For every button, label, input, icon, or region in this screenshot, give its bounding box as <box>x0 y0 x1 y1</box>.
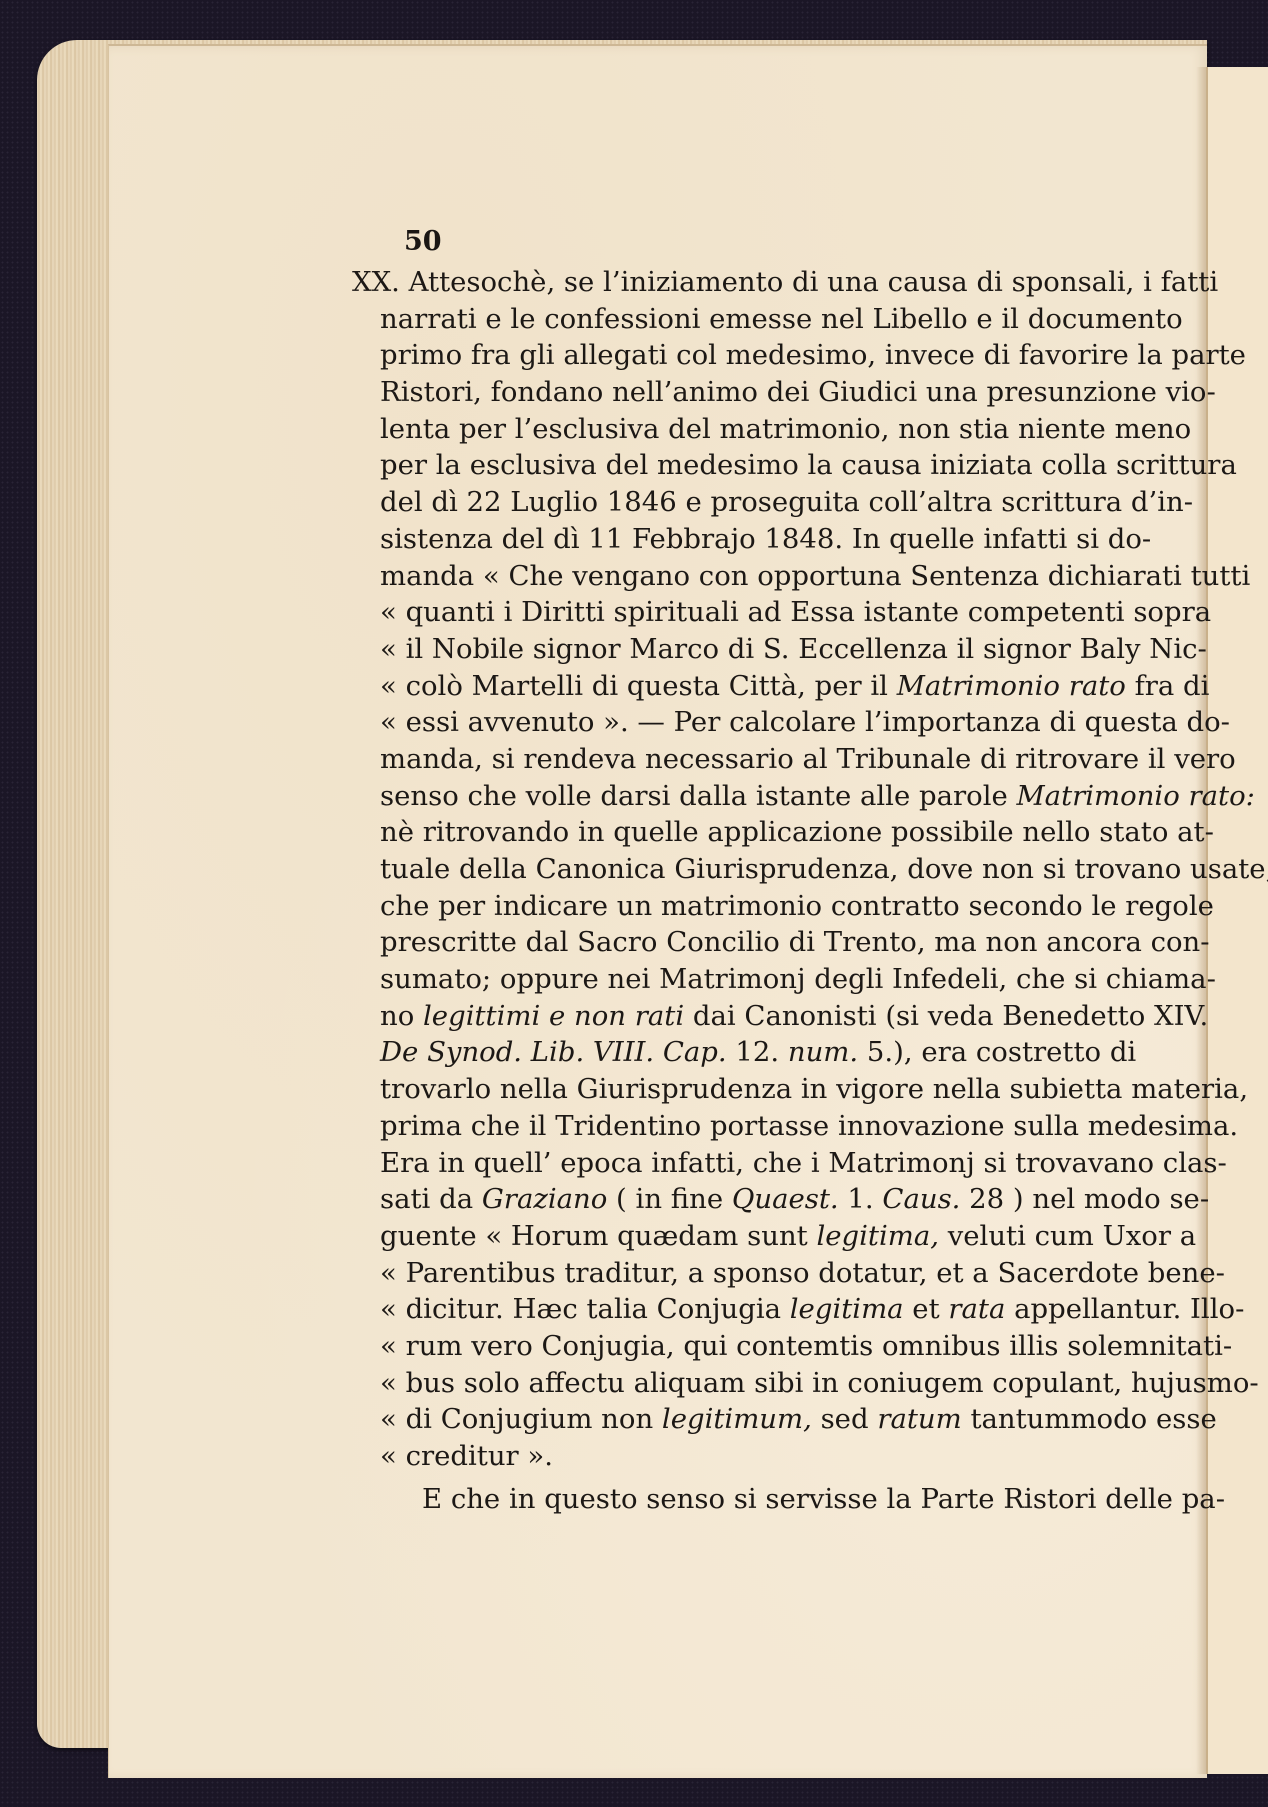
text-line: « rum vero Conjugia, qui contemtis omnib… <box>352 1328 1110 1365</box>
italic-text: legitima, <box>816 1220 939 1252</box>
text-segment: prescritte dal Sacro Concilio di Trento,… <box>380 926 1210 958</box>
text-segment: « colò Martelli di questa Città, per il <box>380 670 897 702</box>
text-line: De Synod. Lib. VIII. Cap. 12. num. 5.), … <box>352 1034 1110 1071</box>
italic-text: De Synod. Lib. VIII. Cap. <box>380 1036 727 1068</box>
text-segment: manda « Che vengano con opportuna Senten… <box>380 560 1250 592</box>
text-segment: « Parentibus traditur, a sponso dotatur,… <box>380 1257 1225 1289</box>
text-line: del dì 22 Luglio 1846 e proseguita coll’… <box>352 484 1110 521</box>
text-segment: 1. <box>839 1183 883 1215</box>
text-line: narrati e le confessioni emesse nel Libe… <box>352 301 1110 338</box>
page-number: 50 <box>404 226 442 257</box>
text-segment: « essi avvenuto ». — Per calcolare l’imp… <box>380 706 1230 738</box>
text-line: per la esclusiva del medesimo la causa i… <box>352 447 1110 484</box>
text-line: « di Conjugium non legitimum, sed ratum … <box>352 1401 1110 1438</box>
text-line: E che in questo senso si servisse la Par… <box>352 1481 1110 1518</box>
text-line: che per indicare un matrimonio contratto… <box>352 888 1110 925</box>
text-line: tuale della Canonica Giurisprudenza, dov… <box>352 851 1110 888</box>
text-segment: narrati e le confessioni emesse nel Libe… <box>380 303 1183 335</box>
text-segment: appellantur. Illo- <box>1005 1293 1244 1325</box>
text-segment: « rum vero Conjugia, qui contemtis omnib… <box>380 1330 1232 1362</box>
text-segment: 12. <box>727 1036 788 1068</box>
text-segment: « bus solo affectu aliquam sibi in coniu… <box>380 1367 1259 1399</box>
text-segment: Era in quell’ epoca infatti, che i Matri… <box>380 1147 1227 1179</box>
text-line: sumato; oppure nei Matrimonj degli Infed… <box>352 961 1110 998</box>
text-segment: nè ritrovando in quelle applicazione pos… <box>380 816 1214 848</box>
text-line: lenta per l’esclusiva del matrimonio, no… <box>352 411 1110 448</box>
text-line: XX. Attesochè, se l’iniziamento di una c… <box>352 264 1110 301</box>
text-segment: ( in fine <box>607 1183 732 1215</box>
text-segment: « creditur ». <box>380 1440 553 1472</box>
text-segment: sistenza del dì 11 Febbrajo 1848. In que… <box>380 523 1151 555</box>
text-segment: 28 ) nel modo se- <box>960 1183 1209 1215</box>
text-line: « dicitur. Hæc talia Conjugia legitima e… <box>352 1291 1110 1328</box>
text-line: manda « Che vengano con opportuna Senten… <box>352 558 1110 595</box>
text-segment: « di Conjugium non <box>380 1403 662 1435</box>
text-line: « colò Martelli di questa Città, per il … <box>352 668 1110 705</box>
italic-text: Matrimonio rato <box>897 670 1126 702</box>
text-segment: del dì 22 Luglio 1846 e proseguita coll’… <box>380 486 1193 518</box>
text-segment: dai Canonisti (si veda Benedetto XIV. <box>684 1000 1208 1032</box>
text-segment: fra di <box>1126 670 1210 702</box>
text-line: Era in quell’ epoca infatti, che i Matri… <box>352 1145 1110 1182</box>
text-segment: veluti cum Uxor a <box>939 1220 1196 1252</box>
text-segment: primo fra gli allegati col medesimo, inv… <box>380 339 1246 371</box>
text-line: sistenza del dì 11 Febbrajo 1848. In que… <box>352 521 1110 558</box>
text-line: sati da Graziano ( in fine Quaest. 1. Ca… <box>352 1181 1110 1218</box>
text-segment: per la esclusiva del medesimo la causa i… <box>380 449 1237 481</box>
italic-text: legitima <box>790 1293 904 1325</box>
text-segment: 5.), era costretto di <box>858 1036 1136 1068</box>
italic-text: rata <box>948 1293 1005 1325</box>
text-line: « essi avvenuto ». — Per calcolare l’imp… <box>352 704 1110 741</box>
text-line: prescritte dal Sacro Concilio di Trento,… <box>352 924 1110 961</box>
italic-text: Graziano <box>482 1183 607 1215</box>
text-segment: XX. Attesochè, se l’iniziamento di una c… <box>352 266 1218 298</box>
text-line: primo fra gli allegati col medesimo, inv… <box>352 337 1110 374</box>
text-line: « creditur ». <box>352 1438 1110 1475</box>
text-segment: E che in questo senso si servisse la Par… <box>422 1483 1225 1515</box>
text-segment: trovarlo nella Giurisprudenza in vigore … <box>380 1073 1248 1105</box>
italic-text: Caus. <box>882 1183 960 1215</box>
text-segment: guente « Horum quædam sunt <box>380 1220 816 1252</box>
text-segment: no <box>380 1000 423 1032</box>
text-line: trovarlo nella Giurisprudenza in vigore … <box>352 1071 1110 1108</box>
text-line: guente « Horum quædam sunt legitima, vel… <box>352 1218 1110 1255</box>
text-segment: « quanti i Diritti spirituali ad Essa is… <box>380 596 1211 628</box>
text-segment: senso che volle darsi dalla istante alle… <box>380 780 1017 812</box>
text-line: Ristori, fondano nell’animo dei Giudici … <box>352 374 1110 411</box>
text-segment: sed <box>812 1403 877 1435</box>
text-segment: tantummodo esse <box>962 1403 1217 1435</box>
italic-text: legittimi e non rati <box>423 1000 684 1032</box>
text-line: senso che volle darsi dalla istante alle… <box>352 778 1110 815</box>
text-segment: « dicitur. Hæc talia Conjugia <box>380 1293 790 1325</box>
text-line: no legittimi e non rati dai Canonisti (s… <box>352 998 1110 1035</box>
text-segment: et <box>904 1293 949 1325</box>
text-segment: sumato; oppure nei Matrimonj degli Infed… <box>380 963 1216 995</box>
text-line: nè ritrovando in quelle applicazione pos… <box>352 814 1110 851</box>
italic-text: Quaest. <box>732 1183 839 1215</box>
text-segment: tuale della Canonica Giurisprudenza, dov… <box>380 853 1268 885</box>
text-line: manda, si rendeva necessario al Tribunal… <box>352 741 1110 778</box>
text-segment: sati da <box>380 1183 482 1215</box>
text-segment: prima che il Tridentino portasse innovaz… <box>380 1110 1238 1142</box>
text-line: « bus solo affectu aliquam sibi in coniu… <box>352 1365 1110 1402</box>
text-segment: lenta per l’esclusiva del matrimonio, no… <box>380 413 1191 445</box>
text-segment: manda, si rendeva necessario al Tribunal… <box>380 743 1236 775</box>
italic-text: ratum <box>877 1403 961 1435</box>
text-line: prima che il Tridentino portasse innovaz… <box>352 1108 1110 1145</box>
text-line: « Parentibus traditur, a sponso dotatur,… <box>352 1255 1110 1292</box>
text-segment: Ristori, fondano nell’animo dei Giudici … <box>380 376 1216 408</box>
italic-text: num. <box>788 1036 858 1068</box>
text-segment: che per indicare un matrimonio contratto… <box>380 890 1214 922</box>
body-text: XX. Attesochè, se l’iniziamento di una c… <box>352 264 1110 1517</box>
italic-text: legitimum, <box>662 1403 812 1435</box>
text-segment: « il Nobile signor Marco di S. Eccellenz… <box>380 633 1207 665</box>
italic-text: Matrimonio rato: <box>1017 780 1255 812</box>
text-line: « quanti i Diritti spirituali ad Essa is… <box>352 594 1110 631</box>
text-line: « il Nobile signor Marco di S. Eccellenz… <box>352 631 1110 668</box>
book-page-right <box>1206 67 1268 1774</box>
